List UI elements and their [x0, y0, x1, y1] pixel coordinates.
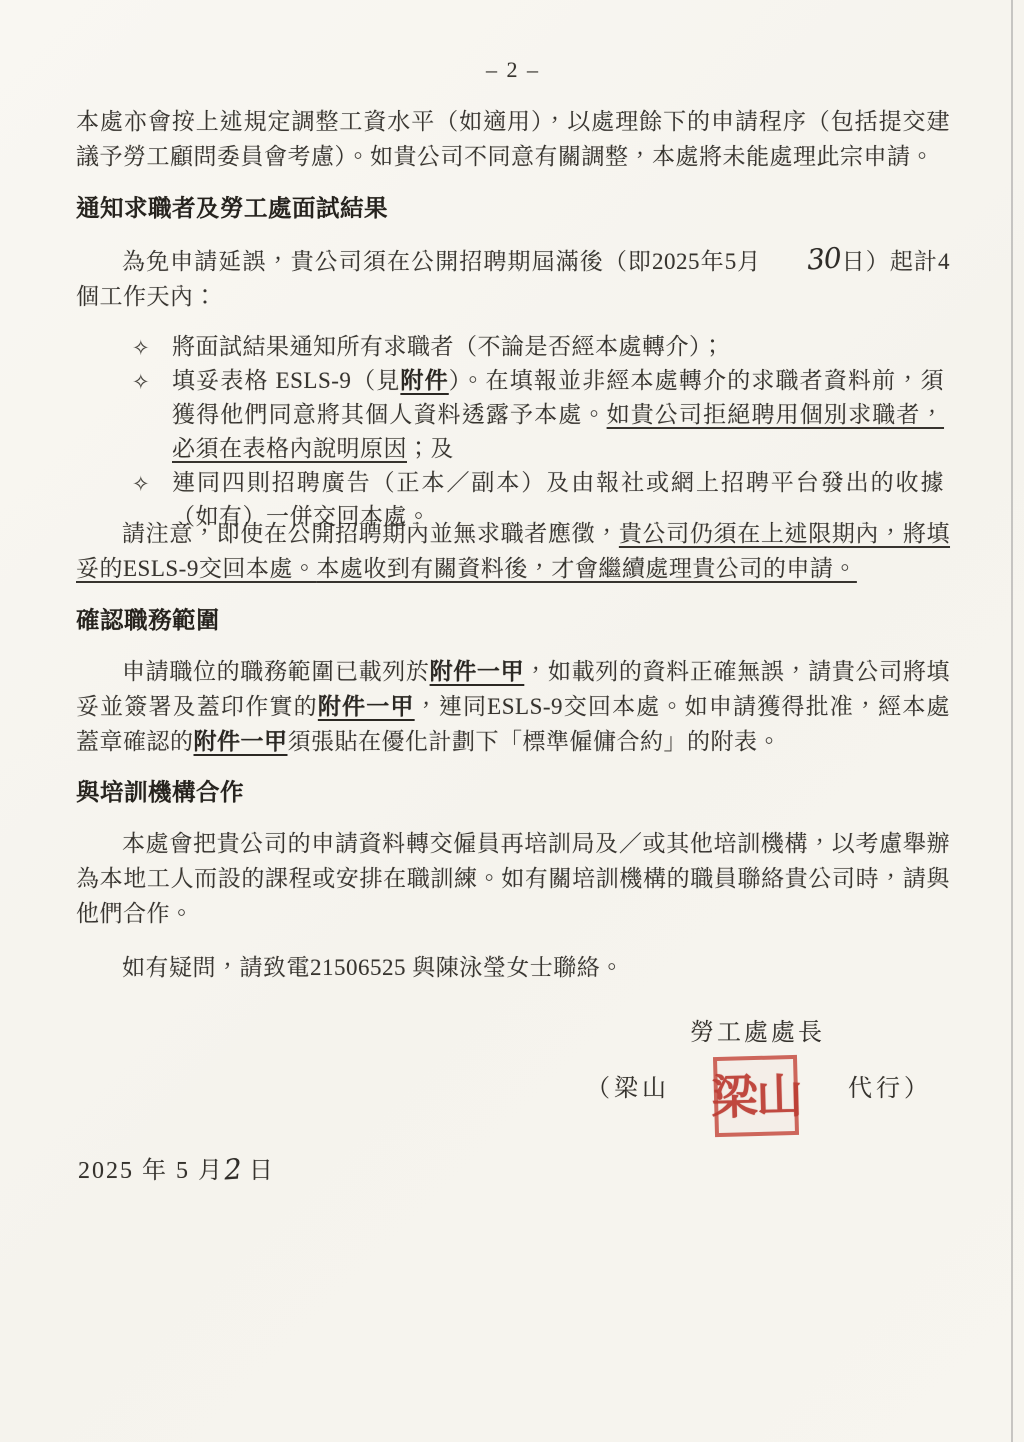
page-number: – 2 –	[76, 52, 950, 87]
scan-edge-line	[1011, 0, 1013, 1442]
attachment-ref: 附件	[400, 368, 448, 393]
signature-title-commissioner: 勞工處處長	[690, 1012, 825, 1047]
diamond-bullet-icon: ✧	[132, 331, 172, 365]
date-line: 2025 年 5 月2 日	[78, 1150, 275, 1185]
training-paragraph: 本處會把貴公司的申請資料轉交僱員再培訓局及／或其他培訓機構，以考慮舉辦為本地工人…	[76, 826, 950, 931]
date-prefix: 2025 年 5 月	[78, 1158, 224, 1184]
requirements-bullet-list: ✧ 將面試結果通知所有求職者（不論是否經本處轉介）； ✧ 填妥表格 ESLS-9…	[76, 330, 950, 534]
duties-paragraph: 申請職位的職務範圍已載列於附件一甲，如載列的資料正確無誤，請貴公司將填妥並簽署及…	[76, 654, 950, 759]
annex-1a-ref: 附件一甲	[194, 729, 288, 754]
section-heading-interview-results: 通知求職者及勞工處面試結果	[76, 192, 950, 227]
bullet-item-notify-applicants: ✧ 將面試結果通知所有求職者（不論是否經本處轉介）；	[132, 330, 950, 364]
handwritten-day-2: 2	[223, 1152, 242, 1186]
section-heading-confirm-duties: 確認職務範圍	[76, 604, 950, 639]
letter-page: – 2 – 本處亦會按上述規定調整工資水平（如適用），以處理餘下的申請程序（包括…	[0, 0, 1024, 1442]
deadline-paragraph: 為免申請延誤，貴公司須在公開招聘期屆滿後（即2025年5月30日）起計4個工作天…	[76, 242, 950, 314]
contact-paragraph: 如有疑問，請致電21506525 與陳泳瑩女士聯絡。	[76, 950, 950, 985]
red-name-seal-stamp: 梁山	[713, 1055, 799, 1137]
date-suffix: 日	[241, 1158, 275, 1184]
intro-paragraph: 本處亦會按上述規定調整工資水平（如適用），以處理餘下的申請程序（包括提交建議予勞…	[76, 104, 950, 174]
bullet-text: 將面試結果通知所有求職者（不論是否經本處轉介）；	[172, 330, 950, 364]
deadline-text-before: 為免申請延誤，貴公司須在公開招聘期屆滿後（即2025年5月	[122, 249, 761, 274]
note-paragraph: 請注意，即使在公開招聘期內並無求職者應徵，貴公司仍須在上述限期內，將填妥的ESL…	[76, 516, 950, 586]
bullet-item-form-esls9: ✧ 填妥表格 ESLS-9（見附件）。在填報並非經本處轉介的求職者資料前，須獲得…	[132, 364, 950, 466]
annex-1a-ref: 附件一甲	[318, 694, 415, 719]
section-heading-training-bodies: 與培訓機構合作	[76, 776, 950, 811]
underlined-processing-note: 本處收到有關資料後，才會繼續處理貴公司的申請。	[316, 556, 857, 581]
seal-characters: 梁山	[710, 1073, 801, 1122]
bullet-text: 填妥表格 ESLS-9（見附件）。在填報並非經本處轉介的求職者資料前，須獲得他們…	[172, 364, 950, 466]
signature-name-close: 代行）	[848, 1068, 932, 1103]
signature-name-open: （梁山	[586, 1068, 670, 1103]
handwritten-day-30: 30	[760, 240, 842, 280]
annex-1a-ref: 附件一甲	[430, 659, 525, 684]
diamond-bullet-icon: ✧	[132, 365, 172, 467]
